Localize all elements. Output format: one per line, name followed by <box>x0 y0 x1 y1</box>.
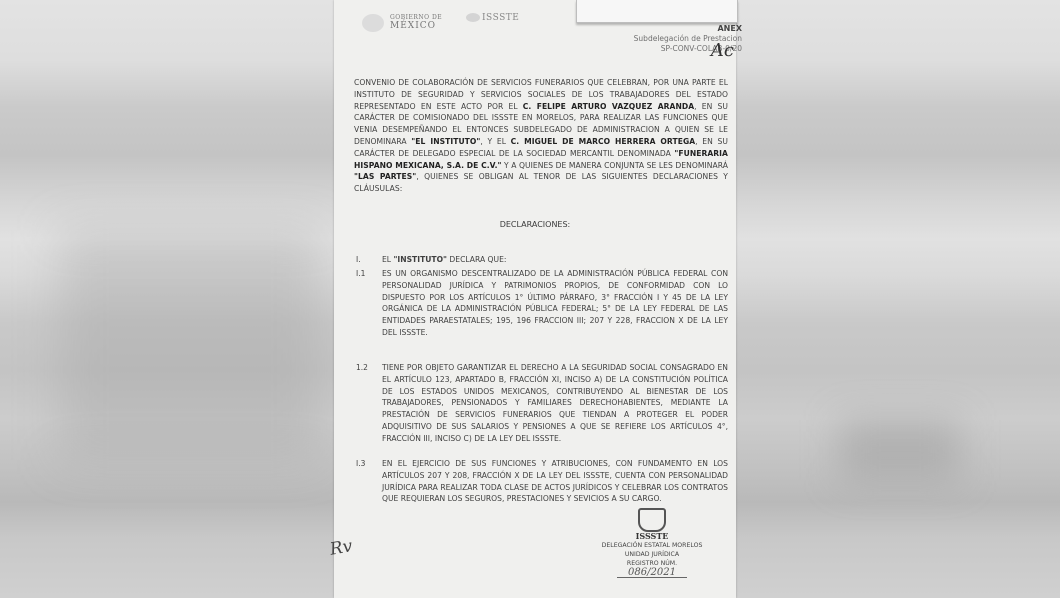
background-shadow <box>60 230 320 460</box>
margin-initials: Rv <box>328 536 354 560</box>
intro-text: , Y EL <box>480 137 510 146</box>
attached-note <box>576 0 738 23</box>
issste-logo: ISSSTE <box>466 13 519 23</box>
party-name: C. FELIPE ARTURO VAZQUEZ ARANDA <box>523 102 694 111</box>
stamp-registry-number: 086/2021 <box>617 568 687 578</box>
item-number: I.3 <box>356 458 365 470</box>
item-text: ES UN ORGANISMO DESCENTRALIZADO DE LA AD… <box>382 268 728 339</box>
party-alias: "EL INSTITUTO" <box>411 137 480 146</box>
stamp-delegation: DELEGACIÓN ESTATAL MORELOS <box>578 541 726 550</box>
intro-text: Y A QUIENES DE MANERA CONJUNTA SE LES DE… <box>502 161 728 170</box>
gov-line1: GOBIERNO DE <box>390 14 442 21</box>
background-shadow <box>840 420 960 480</box>
item-text-part: DECLARA QUE: <box>447 255 506 264</box>
gov-line2: MÉXICO <box>390 21 442 31</box>
item-text-bold: "INSTITUTO" <box>393 255 447 264</box>
stamp-issste: ISSSTE <box>578 532 726 541</box>
agreement-intro: CONVENIO DE COLABORACIÓN DE SERVICIOS FU… <box>354 77 728 195</box>
government-logo-text: GOBIERNO DE MÉXICO <box>390 14 442 31</box>
document-page: GOBIERNO DE MÉXICO ISSSTE ANEX Subdelega… <box>334 0 736 598</box>
parties-alias: "LAS PARTES" <box>354 172 416 181</box>
item-text: TIENE POR OBJETO GARANTIZAR EL DERECHO A… <box>382 362 728 445</box>
item-number: 1.2 <box>356 362 368 374</box>
party-name: C. MIGUEL DE MARCO HERRERA ORTEGA <box>511 137 695 146</box>
legal-registry-stamp: ISSSTE DELEGACIÓN ESTATAL MORELOS UNIDAD… <box>578 508 726 578</box>
declarations-heading: DECLARACIONES: <box>334 220 736 229</box>
handwritten-signature: Ac <box>711 40 734 61</box>
annex-label: ANEX <box>634 24 742 34</box>
item-number: I.1 <box>356 268 365 280</box>
item-text-part: EL <box>382 255 393 264</box>
item-number: I. <box>356 254 361 266</box>
issste-logo-text: ISSSTE <box>482 13 519 23</box>
stamp-unit: UNIDAD JURÍDICA <box>578 550 726 559</box>
item-text: EN EL EJERCICIO DE SUS FUNCIONES Y ATRIB… <box>382 458 728 505</box>
issste-shield-icon <box>638 508 666 532</box>
government-emblem-icon <box>362 14 384 32</box>
item-text: EL "INSTITUTO" DECLARA QUE: <box>382 254 728 266</box>
issste-eagle-icon <box>466 13 480 22</box>
